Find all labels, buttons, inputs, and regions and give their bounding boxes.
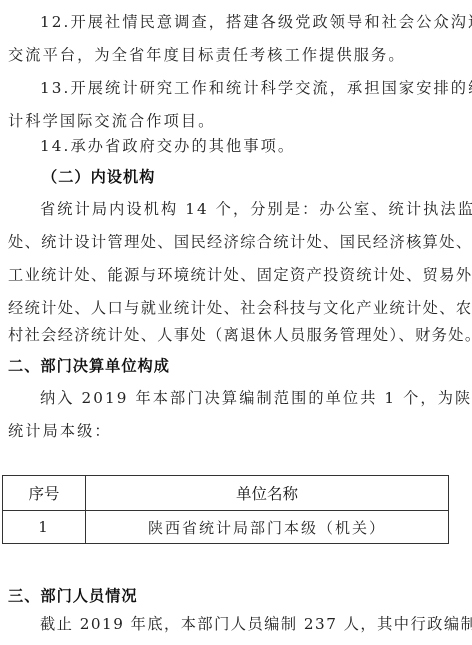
paragraph-item-14: 14.承办省政府交办的其他事项。 — [40, 136, 295, 156]
table-cell-index: 1 — [3, 511, 86, 544]
paragraph-item-13-line2: 计科学国际交流合作项目。 — [8, 111, 215, 131]
internal-line-5: 村社会经济统计处、人事处（离退休人员服务管理处）、财务处。 — [8, 325, 472, 345]
table-header-unit-name: 单位名称 — [86, 476, 449, 511]
section-heading-staff: 三、部门人员情况 — [8, 586, 138, 606]
internal-line-3: 工业统计处、能源与环境统计处、固定资产投资统计处、贸易外 — [8, 265, 472, 285]
section-heading-internal: （二）内设机构 — [42, 167, 155, 187]
paragraph-item-12-line1: 12.开展社情民意调查，搭建各级党政领导和社会公众沟通 — [40, 12, 472, 32]
section-heading-units: 二、部门决算单位构成 — [8, 356, 170, 376]
table-header-index: 序号 — [3, 476, 86, 511]
table-cell-unit-name: 陕西省统计局部门本级（机关） — [86, 511, 449, 544]
table-row: 1 陕西省统计局部门本级（机关） — [3, 511, 449, 544]
units-line-1: 纳入 2019 年本部门决算编制范围的单位共 1 个，为陕西省 — [40, 388, 472, 408]
paragraph-item-12-line2: 交流平台，为全省年度目标责任考核工作提供服务。 — [8, 45, 406, 65]
table-header-row: 序号 单位名称 — [3, 476, 449, 511]
internal-line-4: 经统计处、人口与就业统计处、社会科技与文化产业统计处、农 — [8, 298, 472, 318]
paragraph-item-13-line1: 13.开展统计研究工作和统计科学交流，承担国家安排的统 — [40, 78, 472, 98]
internal-line-1: 省统计局内设机构 14 个，分别是：办公室、统计执法监督 — [40, 199, 472, 219]
staff-line-1: 截止 2019 年底，本部门人员编制 237 人，其中行政编制 91 — [40, 614, 472, 634]
units-line-2: 统计局本级： — [8, 421, 112, 441]
internal-line-2: 处、统计设计管理处、国民经济综合统计处、国民经济核算处、 — [8, 232, 472, 252]
units-table: 序号 单位名称 1 陕西省统计局部门本级（机关） — [2, 475, 449, 544]
